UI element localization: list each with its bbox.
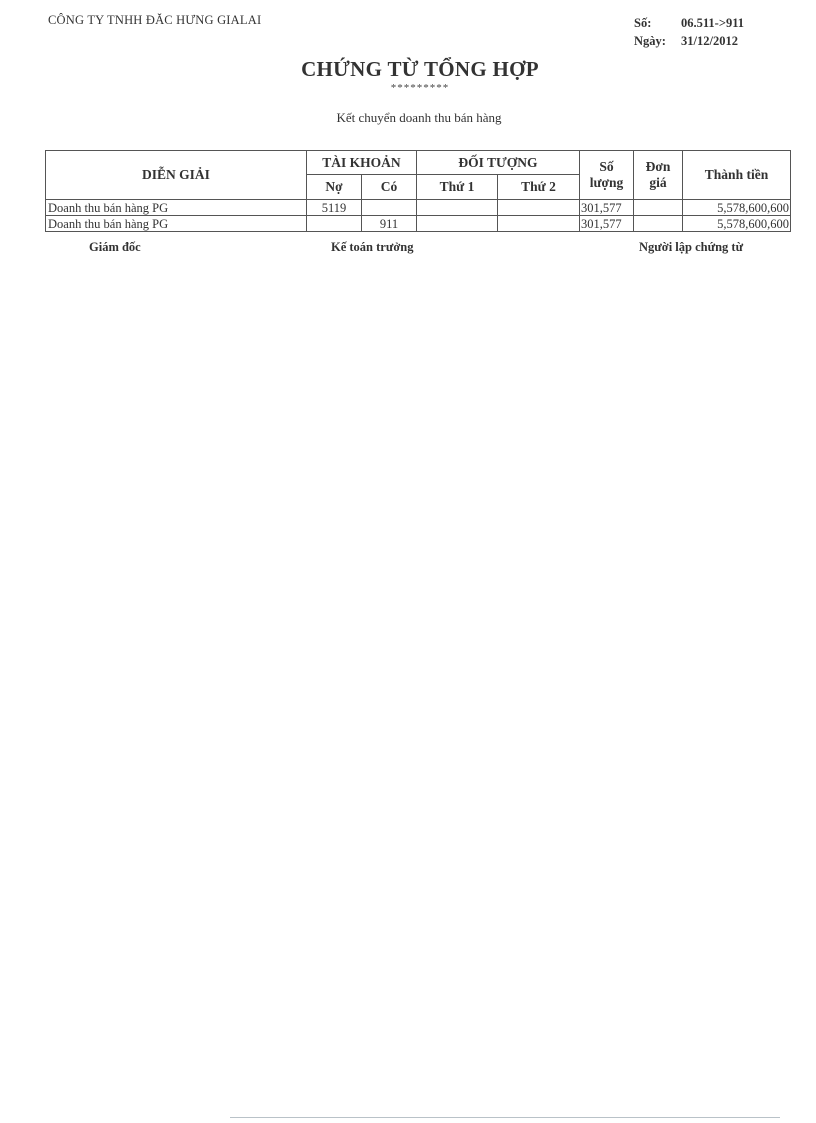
cell-description: Doanh thu bán hàng PG (46, 216, 307, 232)
document-subtitle: Kết chuyển doanh thu bán hàng (0, 110, 816, 126)
header-credit: Có (362, 175, 417, 200)
voucher-number-value: 06.511->911 (681, 14, 744, 32)
header-quantity-line2: lượng (580, 175, 633, 191)
cell-unit-price (634, 200, 683, 216)
cell-quantity: 301,577 (580, 200, 634, 216)
signature-director: Giám đốc (89, 240, 141, 255)
cell-credit (362, 200, 417, 216)
header-account: TÀI KHOẢN (307, 151, 417, 175)
table-header-row-1: DIỄN GIẢI TÀI KHOẢN ĐỐI TƯỢNG Số lượng Đ… (46, 151, 791, 175)
header-object: ĐỐI TƯỢNG (417, 151, 580, 175)
voucher-date-value: 31/12/2012 (681, 32, 738, 50)
header-quantity-line1: Số (580, 159, 633, 175)
scan-edge-line (230, 1117, 780, 1118)
cell-quantity: 301,577 (580, 216, 634, 232)
header-unit-price-line1: Đơn (634, 159, 682, 175)
company-name: CÔNG TY TNHH ĐĂC HƯNG GIALAI (48, 13, 261, 28)
document-title: CHỨNG TỪ TỔNG HỢP (0, 57, 816, 82)
voucher-number-label: Số: (634, 14, 681, 32)
voucher-meta: Số: 06.511->911 Ngày: 31/12/2012 (634, 14, 744, 50)
cell-object-2 (498, 200, 580, 216)
title-decoration: ********* (0, 82, 816, 94)
cell-object-1 (417, 216, 498, 232)
voucher-number-row: Số: 06.511->911 (634, 14, 744, 32)
cell-debit (307, 216, 362, 232)
cell-amount: 5,578,600,600 (683, 216, 791, 232)
table-row: Doanh thu bán hàng PG 911 301,577 5,578,… (46, 216, 791, 232)
header-object-2: Thứ 2 (498, 175, 580, 200)
cell-object-1 (417, 200, 498, 216)
header-quantity: Số lượng (580, 151, 634, 200)
header-amount: Thành tiền (683, 151, 791, 200)
cell-description: Doanh thu bán hàng PG (46, 200, 307, 216)
header-debit: Nợ (307, 175, 362, 200)
table-row: Doanh thu bán hàng PG 5119 301,577 5,578… (46, 200, 791, 216)
signature-chief-accountant: Kế toán trưởng (331, 240, 413, 255)
cell-debit: 5119 (307, 200, 362, 216)
cell-object-2 (498, 216, 580, 232)
header-description: DIỄN GIẢI (46, 151, 307, 200)
cell-credit: 911 (362, 216, 417, 232)
header-object-1: Thứ 1 (417, 175, 498, 200)
cell-unit-price (634, 216, 683, 232)
cell-amount: 5,578,600,600 (683, 200, 791, 216)
voucher-date-row: Ngày: 31/12/2012 (634, 32, 744, 50)
header-unit-price-line2: giá (634, 175, 682, 191)
signature-preparer: Người lập chứng từ (639, 240, 743, 255)
voucher-date-label: Ngày: (634, 32, 681, 50)
header-unit-price: Đơn giá (634, 151, 683, 200)
voucher-table: DIỄN GIẢI TÀI KHOẢN ĐỐI TƯỢNG Số lượng Đ… (45, 150, 791, 232)
